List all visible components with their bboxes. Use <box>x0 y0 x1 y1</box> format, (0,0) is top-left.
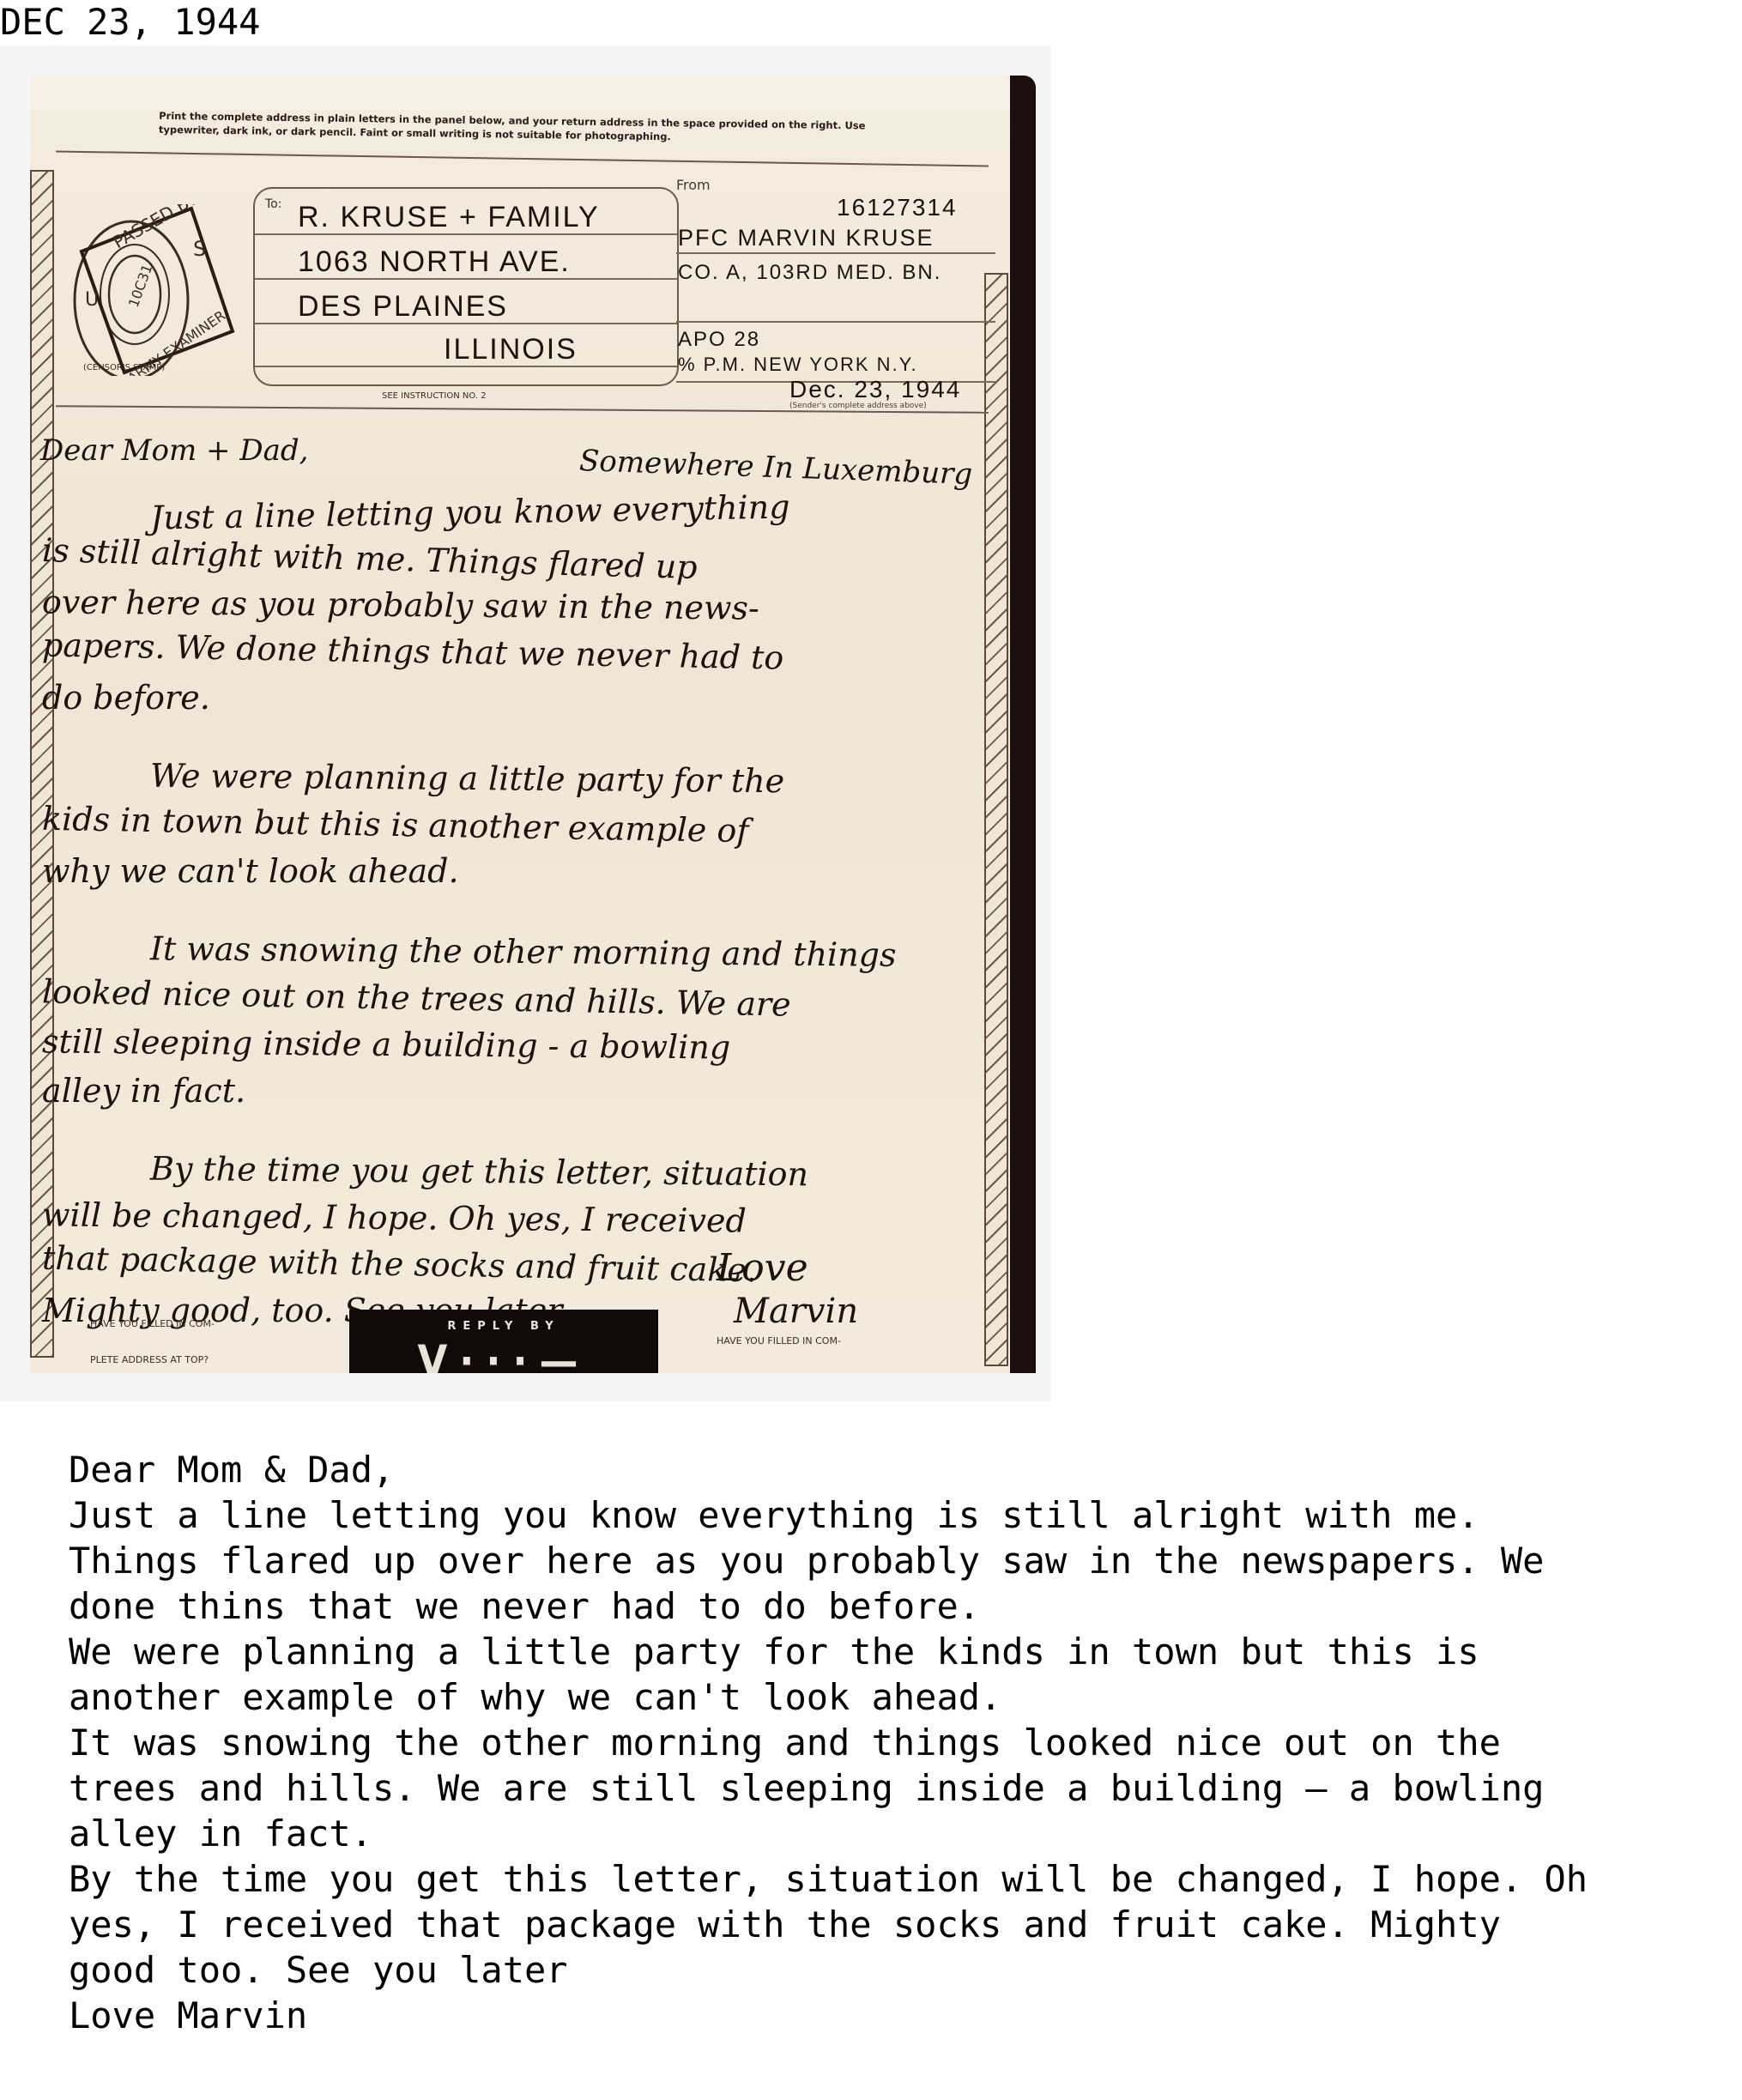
transcript-paragraph: We were planning a little party for the … <box>69 1629 1725 1720</box>
handwritten-closing: Love <box>717 1250 808 1287</box>
recipient-state: ILLINOIS <box>444 333 578 366</box>
handwritten-location: Somewhere In Luxemburg <box>579 446 973 489</box>
letter-date-heading: DEC 23, 1944 <box>0 0 260 45</box>
sender-postmaster: % P.M. NEW YORK N.Y. <box>678 354 918 376</box>
see-instruction-note: SEE INSTRUCTION NO. 2 <box>382 391 487 401</box>
sender-address-area: From 16127314 PFC MARVIN KRUSE CO. A, 10… <box>669 177 995 409</box>
v-mail-letter-scan: Print the complete address in plain lett… <box>30 76 1036 1373</box>
recipient-street: 1063 NORTH AVE. <box>298 245 571 279</box>
recipient-name: R. KRUSE + FAMILY <box>298 201 600 234</box>
sender-serial-number: 16127314 <box>837 194 958 221</box>
footer-note-left-1: HAVE YOU FILLED IN COM- <box>90 1318 215 1329</box>
scan-dark-edge <box>1010 76 1036 1373</box>
handwritten-line: will be changed, I hope. Oh yes, I recei… <box>42 1198 747 1237</box>
recipient-address-box: To: R. KRUSE + FAMILY 1063 NORTH AVE. DE… <box>253 187 679 386</box>
handwritten-line: looked nice out on the trees and hills. … <box>42 975 791 1020</box>
svg-text:U: U <box>85 289 99 311</box>
sender-name: PFC MARVIN KRUSE <box>678 225 935 251</box>
paper-top-strip <box>30 76 1010 110</box>
handwritten-line: kids in town but this is another example… <box>42 802 749 847</box>
handwritten-line: We were planning a little party for the <box>150 760 784 797</box>
handwritten-line: By the time you get this letter, situati… <box>150 1153 808 1191</box>
footer-note-right-1: HAVE YOU FILLED IN COM- <box>717 1335 841 1347</box>
sender-apo: APO 28 <box>678 328 760 352</box>
reply-by-label: REPLY BY <box>349 1320 658 1333</box>
handwritten-signature: Marvin <box>734 1294 858 1328</box>
handwritten-line: that package with the socks and fruit ca… <box>42 1242 757 1287</box>
transcript-paragraph: It was snowing the other morning and thi… <box>69 1720 1725 1856</box>
handwritten-salutation: Dear Mom + Dad, <box>40 436 308 465</box>
v-mail-title: V···— MAIL <box>349 1336 658 1373</box>
handwritten-line: still sleeping inside a building - a bow… <box>42 1026 730 1064</box>
form-instructions: Print the complete address in plain lett… <box>159 109 914 147</box>
transcript-paragraph: Just a line letting you know everything … <box>69 1492 1725 1629</box>
svg-text:10C31: 10C31 <box>125 262 156 309</box>
footer-note-left-2: PLETE ADDRESS AT TOP? <box>90 1354 209 1365</box>
handwritten-line: is still alright with me. Things flared … <box>42 534 698 584</box>
censor-stamp-icon: PASSED BY U S 10C31 ARMY EXAMINER <box>64 204 236 376</box>
stamp-passed-by: PASSED BY <box>110 204 202 252</box>
sender-unit: CO. A, 103RD MED. BN. <box>678 261 941 285</box>
hatched-border-left <box>30 170 54 1358</box>
form-rule-top <box>56 150 989 166</box>
from-label: From <box>676 177 711 193</box>
handwritten-line: papers. We done things that we never had… <box>42 628 784 674</box>
hatched-border-right <box>984 273 1008 1366</box>
handwritten-line: alley in fact. <box>42 1074 245 1107</box>
to-label: To: <box>265 197 281 211</box>
handwritten-line: It was snowing the other morning and thi… <box>150 932 897 971</box>
censor-stamp-label: (CENSOR'S STAMP) <box>83 363 165 372</box>
sender-date: Dec. 23, 1944 <box>789 376 961 403</box>
handwritten-line: Just a line letting you know everything <box>150 490 790 534</box>
svg-text:S: S <box>193 237 206 261</box>
transcript-paragraph: By the time you get this letter, situati… <box>69 1856 1725 1993</box>
transcript-signoff: Love Marvin <box>69 1993 1725 2038</box>
v-mail-badge: REPLY BY V···— MAIL <box>349 1310 658 1373</box>
letter-transcript: Dear Mom & Dad, Just a line letting you … <box>69 1447 1725 2038</box>
recipient-city: DES PLAINES <box>298 290 508 324</box>
sender-caption: (Sender's complete address above) <box>789 402 927 410</box>
transcript-salutation: Dear Mom & Dad, <box>69 1447 1725 1492</box>
handwritten-line: do before. <box>42 681 210 714</box>
handwritten-line: why we can't look ahead. <box>42 855 459 887</box>
handwritten-line: over here as you probably saw in the new… <box>42 585 759 624</box>
letter-scan-frame: Print the complete address in plain lett… <box>0 45 1051 1401</box>
